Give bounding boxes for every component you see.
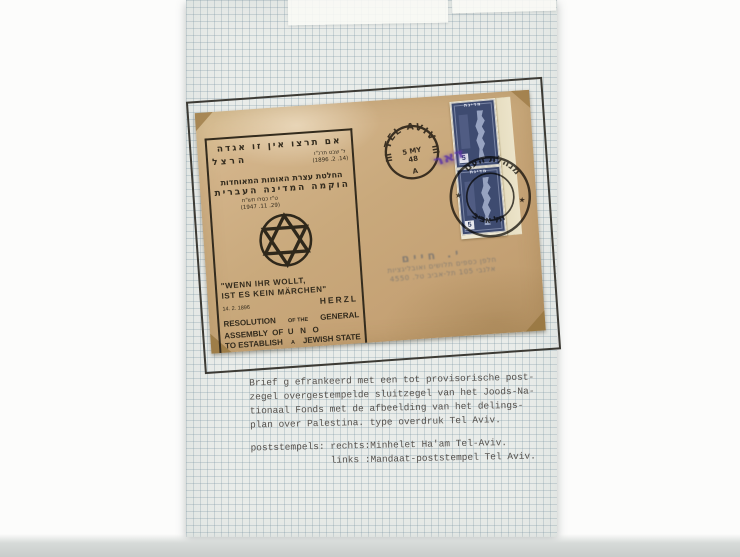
paper-edge-patch [452, 0, 556, 13]
herzl-label: HERZL [319, 293, 358, 306]
postmark-star: ★ [455, 191, 463, 200]
arrival-handstamp: י. חיים חלפן כספים תלושים ואובליגציות אל… [355, 239, 529, 288]
postal-cover: אם תרצו אין זו אגדה ל' שבט תרנ"ו (14. 2.… [195, 90, 546, 354]
tel-aviv-datestamp-icon: TEL AVIV 5 MY 48 A [378, 119, 445, 186]
svg-text:A: A [412, 167, 419, 176]
table-shadow [0, 534, 740, 557]
german-quote-date: 14. 2. 1896 [222, 305, 250, 313]
cachet-imprint: אם תרצו אין זו אגדה ל' שבט תרנ"ו (14. 2.… [205, 128, 368, 353]
herzl-hebrew: הרצל [212, 156, 248, 168]
photo-corner [510, 90, 531, 110]
hebrew-quote-date: ל' שבט תרנ"ו (14. 2. 1896) [312, 149, 349, 164]
typed-caption: Brief g efrankeerd met een tot provisori… [249, 370, 581, 470]
minhelet-haam-postmark-icon: מנהלת העם תל אביב ★ ★ [445, 152, 535, 242]
svg-text:תל אביב: תל אביב [470, 210, 508, 228]
svg-text:TEL AVIV: TEL AVIV [379, 119, 439, 152]
resolution-text: RESOLUTION OF THE GENERAL ASSEMBLY OF U … [223, 310, 362, 353]
photo-corner [195, 111, 215, 132]
postmark-star: ★ [518, 195, 526, 204]
drawn-frame: אם תרצו אין זו אגדה ל' שבט תרנ"ו (14. 2.… [186, 77, 561, 374]
paper-edge-patch [288, 0, 448, 25]
star-of-david-icon [256, 210, 316, 270]
svg-text:48: 48 [408, 155, 419, 165]
photo-corner [523, 309, 545, 332]
album-photo: אם תרצו אין זו אגדה ל' שבט תרנ"ו (14. 2.… [0, 0, 740, 557]
